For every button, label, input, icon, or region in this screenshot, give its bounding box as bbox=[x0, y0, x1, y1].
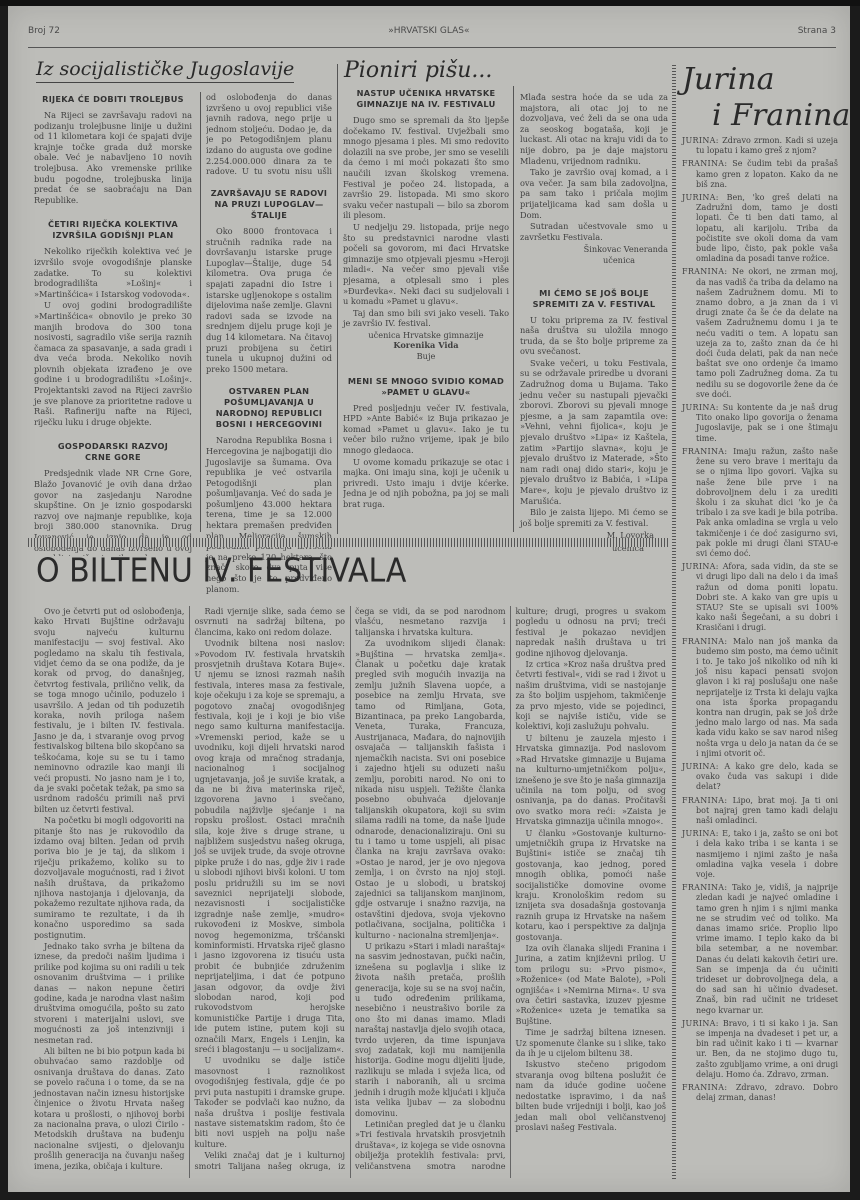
paper-name: »HRVATSKI GLAS« bbox=[388, 26, 469, 44]
headline: ČETIRI RIJEČKA KOLEKTIVA IZVRŠILA GODIŠN… bbox=[34, 219, 192, 241]
dialogue-text: Tako je, vidiš, ja najprije zledan kadi … bbox=[696, 883, 838, 1014]
signature-role: učenica bbox=[520, 255, 668, 266]
bulletin-paragraph: Jednako tako svrha je biltena da iznese,… bbox=[34, 941, 185, 1045]
dialogue-text: Ben, 'ko greš delati na Zadružni dom, ta… bbox=[696, 193, 838, 263]
headline: ZAVRŠAVAJU SE RADOVI NA PRUZI LUPOGLAV—Š… bbox=[206, 188, 332, 221]
speaker-name: JURINA: bbox=[682, 762, 724, 771]
section-title-dialogue-line1: Jurina bbox=[682, 62, 775, 97]
dialogue-line: JURINA: A kako gre delo, kada se ovako č… bbox=[682, 762, 838, 793]
speaker-name: FRANINA: bbox=[682, 796, 733, 805]
bulletin-paragraph: Ali bilten ne bi bio potpun kada bi obuh… bbox=[34, 1046, 185, 1171]
speaker-name: JURINA: bbox=[682, 1019, 723, 1028]
bulletin-text: Ovo je četvrti put od oslobođenja, kako … bbox=[34, 606, 666, 1178]
column-rule bbox=[200, 92, 201, 532]
dialogue-line: JURINA: Bravo, i ti si kako i ja. San se… bbox=[682, 1019, 838, 1080]
paragraph: Oko 8000 frontovaca i stručnih radnika r… bbox=[206, 226, 332, 374]
dialogue-text: Afora, sada vidin, da ste se vi drugi li… bbox=[696, 562, 838, 632]
bulletin-paragraph: Radi vjernije slike, sada ćemo se osvrnu… bbox=[195, 606, 346, 637]
paragraph: Dugo smo se spremali da što ljepše doček… bbox=[343, 115, 509, 221]
paragraph: Sutradan učestvovale smo u završetku Fes… bbox=[520, 221, 668, 242]
bulletin-paragraph: Time je sadržaj biltena iznesen. Uz spom… bbox=[516, 1027, 667, 1058]
dialogue-line: JURINA: Afora, sada vidin, da ste se vi … bbox=[682, 562, 838, 633]
bulletin-paragraph: U članku »Gostovanje kulturno-umjetnički… bbox=[516, 828, 667, 942]
speaker-name: JURINA: bbox=[682, 136, 722, 145]
dialogue-line: FRANINA: Tako je, vidiš, ja najprije zle… bbox=[682, 883, 838, 1016]
section-title-pioneers: Pioniri pišu... bbox=[344, 58, 492, 83]
speaker-name: JURINA: bbox=[682, 829, 722, 838]
dialogue-line: JURINA: Ben, 'ko greš delati na Zadružni… bbox=[682, 193, 838, 264]
column-yugoslavia-2: od oslobođenja do danas izvršeno u ovoj … bbox=[206, 92, 332, 595]
headline: GOSPODARSKI RAZVOJ CRNE GORE bbox=[34, 441, 192, 463]
paragraph: U ovoj godini brodogradilište »Martinšći… bbox=[34, 300, 192, 427]
issue-number: Broj 72 bbox=[28, 26, 60, 44]
dialogue-line: JURINA: Zdravo zrmon. Kadi si uzeja tu l… bbox=[682, 136, 838, 156]
speaker-name: FRANINA: bbox=[682, 159, 732, 168]
bulletin-paragraph: U biltenu je zauzela mjesto i Hrvatska g… bbox=[516, 733, 667, 827]
speaker-name: FRANINA: bbox=[682, 637, 733, 646]
bulletin-paragraph: U prikazu »Stari i mladi naraštaj« na sa… bbox=[355, 941, 506, 1118]
paragraph: Nekoliko riječkih kolektiva već je izvrš… bbox=[34, 246, 192, 299]
dialogue-line: FRANINA: Malo nan još manka da budemo si… bbox=[682, 637, 838, 759]
column-yugoslavia-1: RIJEKA ĆE DOBITI TROLEJBUS Na Rijeci se … bbox=[34, 90, 192, 557]
paragraph: Na Rijeci se završavaju radovi na podiza… bbox=[34, 110, 192, 205]
speaker-name: JURINA: bbox=[682, 403, 723, 412]
paragraph: U nedjelju 29. listopada, prije nego što… bbox=[343, 222, 509, 307]
paragraph: U toku priprema za IV. festival naša dru… bbox=[520, 315, 668, 357]
bulletin-paragraph: Uvodnik biltena nosi naslov: »Povodom IV… bbox=[195, 638, 346, 1054]
column-pioneers-2: Mlađa sestra hoće da se uda za majstora,… bbox=[520, 92, 668, 554]
paragraph: Bilo je zaista lijepo. Mi ćemo se još bo… bbox=[520, 507, 668, 528]
bulletin-paragraph: Iz crtica »Kroz naša društva pred četvrt… bbox=[516, 659, 667, 732]
column-pioneers-1: NASTUP UČENIKA HRVATSKE GIMNAZIJE NA IV.… bbox=[343, 86, 509, 510]
column-rule bbox=[337, 64, 338, 534]
bulletin-paragraph: Za uvodnikom slijedi članak: »Bujština —… bbox=[355, 638, 506, 940]
dialogue-line: FRANINA: Zdravo, zdravo. Dobro delaj zrm… bbox=[682, 1083, 838, 1103]
paragraph: Svake večeri, u toku Festivala, su se od… bbox=[520, 358, 668, 506]
dialogue-line: FRANINA: Se čudim tebi da prašaš kamo gr… bbox=[682, 159, 838, 190]
page-number: Strana 3 bbox=[798, 26, 836, 44]
speaker-name: FRANINA: bbox=[682, 447, 733, 456]
dialogue-line: FRANINA: Imaju ražun, zašto naše žene su… bbox=[682, 447, 838, 559]
signature-name: Šinkovac Veneranda bbox=[520, 244, 668, 255]
paragraph: Tako je završio ovaj komad, a i ova veče… bbox=[520, 167, 668, 220]
paragraph-continued: od oslobođenja do danas izvršeno u ovoj … bbox=[206, 92, 332, 176]
decorative-border bbox=[672, 64, 676, 1179]
headline: OSTVAREN PLAN POŠUMLJAVANJA U NARODNOJ R… bbox=[206, 386, 332, 430]
signature-place: Buje bbox=[343, 351, 509, 362]
bulletin-paragraph: Ovo je četvrti put od oslobođenja, kako … bbox=[34, 606, 185, 814]
dialogue-line: FRANINA: Ne okori, ne zrman moj, da nas … bbox=[682, 267, 838, 400]
speaker-name: FRANINA: bbox=[682, 1083, 736, 1092]
bulletin-paragraph: Iza ovih članaka slijedi Franina i Jurin… bbox=[516, 943, 667, 1026]
headline: MENI SE MNOGO SVIDIO KOMAD »PAMET U GLAV… bbox=[343, 376, 509, 398]
signature-line: učenica Hrvatske gimnazije bbox=[343, 330, 509, 341]
bulletin-paragraph: Iskustvo stečeno prigodom stvaranja ovog… bbox=[516, 1059, 667, 1132]
speaker-name: JURINA: bbox=[682, 562, 723, 571]
dialogue-line: JURINA: Su kontente da je naš drug Tito … bbox=[682, 403, 838, 444]
paragraph-continued: Mlađa sestra hoće da se uda za majstora,… bbox=[520, 92, 668, 166]
speaker-name: JURINA: bbox=[682, 193, 727, 202]
section-title-dialogue-line2: i Franina bbox=[712, 98, 850, 133]
signature-name: Korenika Vida bbox=[343, 340, 509, 351]
section-title-yugoslavia: Iz socijalističke Jugoslavije bbox=[36, 58, 294, 83]
bulletin-paragraph: U uvodniku se dalje ističe masovnost i r… bbox=[195, 1055, 346, 1149]
headline: NASTUP UČENIKA HRVATSKE GIMNAZIJE NA IV.… bbox=[343, 88, 509, 110]
speaker-name: FRANINA: bbox=[682, 883, 732, 892]
dialogue-text: Ne okori, ne zrman moj, da nas vadiš ča … bbox=[696, 267, 838, 398]
dialogue-line: FRANINA: Lipo, brat moj. Ja ti oni bot n… bbox=[682, 796, 838, 827]
paragraph: Taj dan smo bili svi jako veseli. Tako j… bbox=[343, 308, 509, 329]
running-header: Broj 72 »HRVATSKI GLAS« Strana 3 bbox=[28, 26, 836, 48]
dialogue-column: JURINA: Zdravo zrmon. Kadi si uzeja tu l… bbox=[682, 136, 838, 1106]
bulletin-title: O BILTENU IV. FESTIVALA bbox=[36, 552, 406, 591]
paragraph: U ovome komadu prikazuje se otac i majka… bbox=[343, 457, 509, 509]
headline: RIJEKA ĆE DOBITI TROLEJBUS bbox=[34, 94, 192, 105]
bulletin-paragraph: Na početku bi mogli odgovoriti na pitanj… bbox=[34, 815, 185, 940]
headline: MI ĆEMO SE JOŠ BOLJE SPREMITI ZA V. FEST… bbox=[520, 288, 668, 310]
dialogue-text: Malo nan još manka da budemo sim posto, … bbox=[696, 637, 838, 758]
section-divider bbox=[28, 538, 668, 547]
dialogue-text: Imaju ražun, zašto naše žene su vero bra… bbox=[696, 447, 838, 558]
dialogue-line: JURINA: E, tako i ja, zašto se oni bot i… bbox=[682, 829, 838, 880]
speaker-name: FRANINA: bbox=[682, 267, 732, 276]
paragraph: Pred posljednju večer IV. festivala, HPD… bbox=[343, 403, 509, 456]
column-rule bbox=[513, 86, 514, 532]
